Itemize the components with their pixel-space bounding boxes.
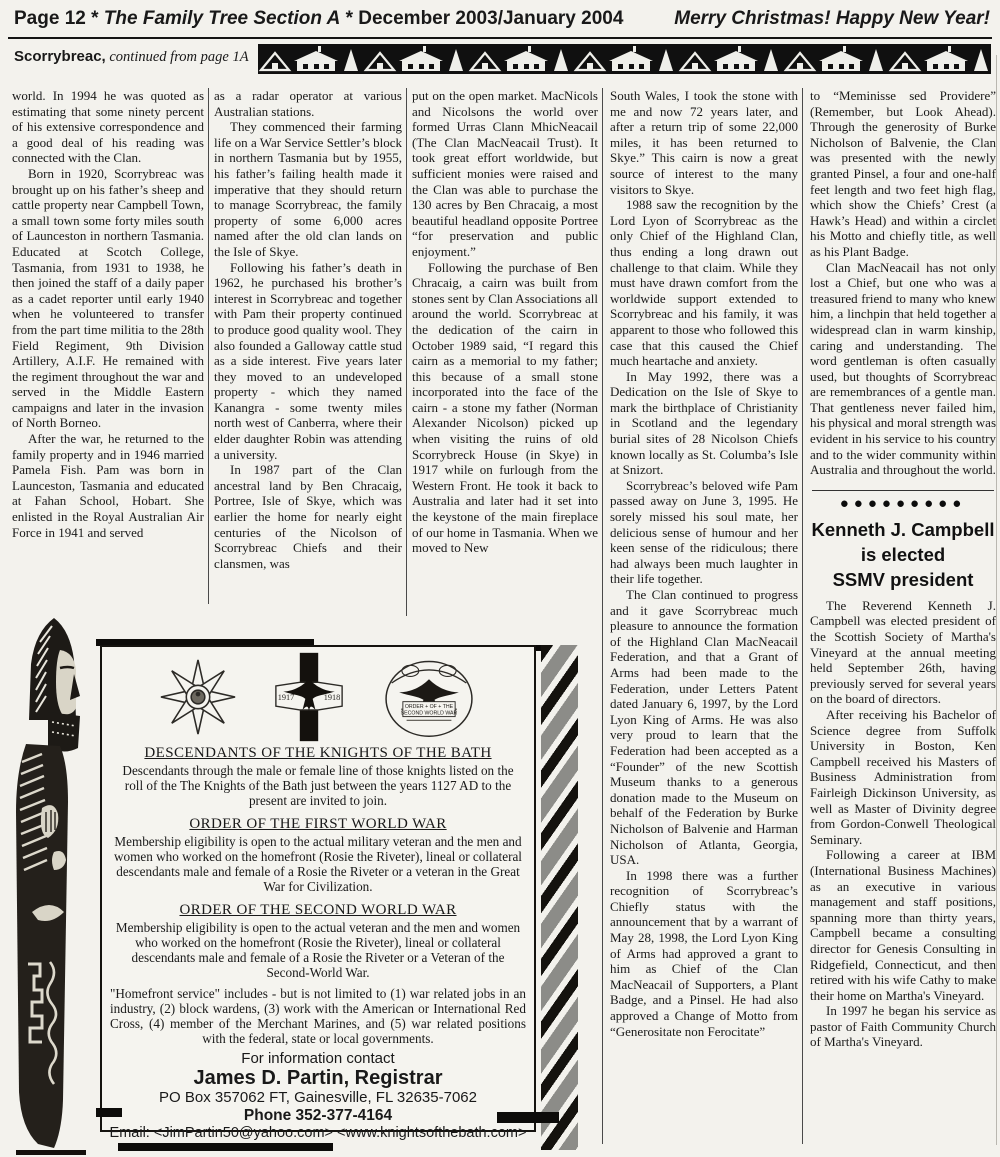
article-paragraph: They commenced their farming life on a W… [214,119,402,259]
header-left: Page 12 * The Family Tree Section A * De… [14,8,623,30]
article-paragraph: After receiving his Bachelor of Science … [810,707,996,847]
continuation-note: continued from page 1A [106,49,249,65]
ad-bottom-bar [118,1143,333,1151]
svg-text:ORDER + OF + THE: ORDER + OF + THE [405,704,454,710]
knights-ad-box: 1917 1918 ORDER + OF + THE SECOND WORLD … [100,645,536,1132]
contact-name: James D. Partin, Registrar [102,1067,534,1089]
ad-heading-knights: DESCENDANTS OF THE KNIGHTS OF THE BATH [102,745,534,762]
article-paragraph: The Clan continued to progress and it ga… [610,587,798,868]
article-paragraph: put on the open market. MacNicols and Ni… [412,88,598,260]
article-column-4: South Wales, I took the stone with me an… [610,88,798,1150]
column-rule [208,88,209,604]
article-paragraph: Following his father’s death in 1962, he… [214,260,402,463]
ad-contact-block: For information contact James D. Partin,… [102,1050,534,1142]
header-page-number: Page 12 * [14,8,104,29]
header-issue-date: * December 2003/January 2004 [340,8,623,29]
article-paragraph: In May 1992, there was a Dedication on t… [610,369,798,478]
ad-paragraph: Membership eligibility is open to the ac… [114,834,522,894]
ad-paragraph: Membership eligibility is open to the ac… [114,920,522,980]
ww1-cross-medal-icon: 1917 1918 [271,651,347,743]
article-paragraph: world. In 1994 he was quoted as estimati… [12,88,204,166]
article-paragraph: In 1998 there was a further recognition … [610,868,798,1040]
article-paragraph: In 1997 he began his service as pastor o… [810,1003,996,1050]
ad-paragraph-homefront: "Homefront service" includes - but is no… [110,986,526,1046]
dots-divider: ●●●●●●●●● [810,496,996,513]
header-greeting: Merry Christmas! Happy New Year! [674,8,990,30]
svg-text:1918: 1918 [324,693,341,702]
page-header: Page 12 * The Family Tree Section A * De… [14,8,990,30]
article-paragraph: Clan MacNeacail has not only lost a Chie… [810,260,996,478]
headline-line: Kenneth J. Campbell [812,519,995,540]
article-paragraph: to “Meminisse sed Providere” (Remember, … [810,88,996,260]
article-paragraph: Following a career at IBM (International… [810,847,996,1003]
contact-phone: Phone 352-377-4164 [102,1107,534,1125]
article-column-2: as a radar operator at various Australia… [214,88,402,623]
diagonal-stripe-band [541,645,578,1150]
article-end-rule [812,490,994,491]
column-rule [602,88,603,1144]
bath-star-medal-icon [159,658,237,736]
continued-article-name: Scorrybreac, [14,48,106,65]
contact-address: PO Box 357062 FT, Gainesville, FL 32635-… [102,1089,534,1107]
publication-title: The Family Tree Section A [104,8,341,29]
article-paragraph: After the war, he returned to the family… [12,431,204,540]
header-rule [8,37,992,39]
article-paragraph: Scorrybreac’s beloved wife Pam passed aw… [610,478,798,587]
article-paragraph: In 1987 part of the Clan ancestral land … [214,462,402,571]
contact-intro: For information contact [102,1050,534,1067]
carved-chessman-figure-illustration [2,612,102,1157]
article-column-1: world. In 1994 he was quoted as estimati… [12,88,204,610]
svg-text:1917: 1917 [278,693,295,702]
article-column-3: put on the open market. MacNicols and Ni… [412,88,598,623]
ad-emblems-row: 1917 1918 ORDER + OF + THE SECOND WORLD … [102,657,534,737]
ad-paragraph: Descendants through the male or female l… [114,763,522,808]
column-rule [406,88,407,616]
newspaper-page: Page 12 * The Family Tree Section A * De… [0,0,1000,1157]
article-paragraph: Following the purchase of Ben Chracaig, … [412,260,598,556]
ad-heading-ww2: ORDER OF THE SECOND WORLD WAR [102,902,534,919]
article-paragraph: South Wales, I took the stone with me an… [610,88,798,197]
ad-bottom-bar [497,1112,559,1123]
ad-bottom-bar [96,1108,122,1117]
campbell-headline: Kenneth J. Campbell is elected SSMV pres… [810,517,996,592]
svg-text:SECOND WORLD WAR: SECOND WORLD WAR [401,711,458,717]
article-paragraph: as a radar operator at various Australia… [214,88,402,119]
contact-email: Email: <JimPartin50@yahoo.com> <www.knig… [102,1125,534,1142]
page-edge-line [996,55,997,1145]
village-houses-banner-icon [258,44,991,74]
article-column-5: to “Meminisse sed Providere” (Remember, … [810,88,996,1152]
continuation-line: Scorrybreac, continued from page 1A [14,48,249,66]
ad-heading-ww1: ORDER OF THE FIRST WORLD WAR [102,816,534,833]
ww2-oval-badge-icon: ORDER + OF + THE SECOND WORLD WAR [381,655,477,739]
article-paragraph: The Reverend Kenneth J. Campbell was ele… [810,598,996,707]
headline-line: is elected [861,544,945,565]
headline-line: SSMV president [833,569,974,590]
column-rule [802,88,803,1144]
article-paragraph: 1988 saw the recognition by the Lord Lyo… [610,197,798,369]
article-paragraph: Born in 1920, Scorrybreac was brought up… [12,166,204,431]
